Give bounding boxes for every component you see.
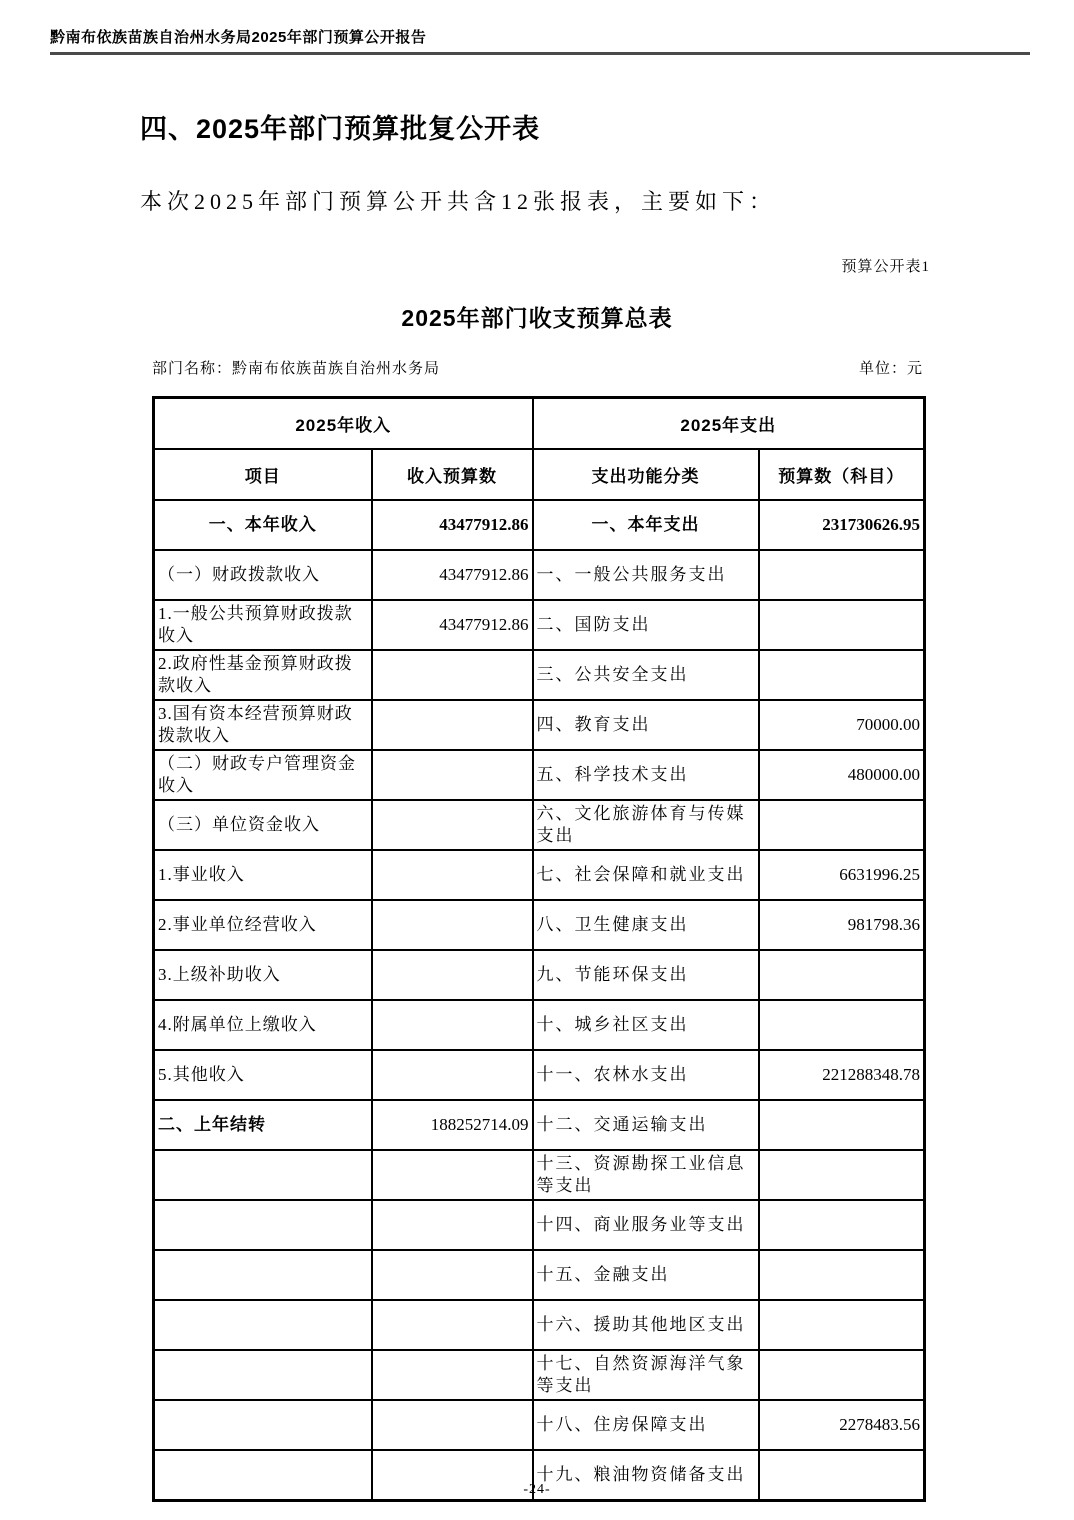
amount-cell [372,900,533,950]
table-row: 3.国有资本经营预算财政拨款收入四、教育支出70000.00 [154,700,925,750]
column-header-row: 项目 收入预算数 支出功能分类 预算数（科目） [154,449,925,500]
label-cell: （二）财政专户管理资金收入 [154,750,372,800]
label-cell: （三）单位资金收入 [154,800,372,850]
amount-cell [759,1350,925,1400]
table-tag-label: 预算公开表1 [0,255,930,276]
amount-cell: 70000.00 [759,700,925,750]
label-cell: 十四、商业服务业等支出 [533,1200,759,1250]
col-header-budget-subject: 预算数（科目） [759,449,925,500]
label-cell [154,1150,372,1200]
label-cell: （一）财政拨款收入 [154,550,372,600]
amount-cell [372,1150,533,1200]
amount-cell [759,1300,925,1350]
label-cell: 十二、交通运输支出 [533,1100,759,1150]
amount-cell [759,800,925,850]
amount-cell [759,1000,925,1050]
amount-cell [372,1400,533,1450]
label-cell: 3.上级补助收入 [154,950,372,1000]
amount-cell: 231730626.95 [759,500,925,550]
table-row: 十四、商业服务业等支出 [154,1200,925,1250]
label-cell: 二、上年结转 [154,1100,372,1150]
table-row: 十五、金融支出 [154,1250,925,1300]
amount-cell [759,650,925,700]
amount-cell: 221288348.78 [759,1050,925,1100]
label-cell: 1.事业收入 [154,850,372,900]
amount-cell: 43477912.86 [372,500,533,550]
label-cell [154,1400,372,1450]
amount-cell: 981798.36 [759,900,925,950]
amount-cell: 188252714.09 [372,1100,533,1150]
label-cell: 3.国有资本经营预算财政拨款收入 [154,700,372,750]
label-cell: 三、公共安全支出 [533,650,759,700]
amount-cell [759,1250,925,1300]
document-header-title: 黔南布依族苗族自治州水务局2025年部门预算公开报告 [50,29,426,46]
col-header-income-budget: 收入预算数 [372,449,533,500]
label-cell: 十七、自然资源海洋气象等支出 [533,1350,759,1400]
label-cell: 十八、住房保障支出 [533,1400,759,1450]
group-header-expenditure: 2025年支出 [533,398,925,450]
amount-cell: 43477912.86 [372,550,533,600]
label-cell: 十三、资源勘探工业信息等支出 [533,1150,759,1200]
department-name-label: 部门名称：黔南布依族苗族自治州水务局 [152,357,440,378]
label-cell: 十六、援助其他地区支出 [533,1300,759,1350]
table-row: 1.事业收入七、社会保障和就业支出6631996.25 [154,850,925,900]
amount-cell [372,1300,533,1350]
label-cell: 2.政府性基金预算财政拨款收入 [154,650,372,700]
table-row: 一、本年收入43477912.86一、本年支出231730626.95 [154,500,925,550]
budget-table-body: 一、本年收入43477912.86一、本年支出231730626.95（一）财政… [154,500,925,1501]
amount-cell [372,1350,533,1400]
label-cell: 十、城乡社区支出 [533,1000,759,1050]
table-row: （三）单位资金收入六、文化旅游体育与传媒支出 [154,800,925,850]
table-row: 十八、住房保障支出2278483.56 [154,1400,925,1450]
label-cell: 八、卫生健康支出 [533,900,759,950]
amount-cell [372,650,533,700]
label-cell: 九、节能环保支出 [533,950,759,1000]
label-cell: 六、文化旅游体育与传媒支出 [533,800,759,850]
section-heading: 四、2025年部门预算批复公开表 [140,113,974,145]
label-cell: 七、社会保障和就业支出 [533,850,759,900]
col-header-item: 项目 [154,449,372,500]
amount-cell [759,1150,925,1200]
label-cell [154,1350,372,1400]
table-row: 十六、援助其他地区支出 [154,1300,925,1350]
table-row: 十三、资源勘探工业信息等支出 [154,1150,925,1200]
label-cell [154,1300,372,1350]
amount-cell [372,750,533,800]
label-cell: 二、国防支出 [533,600,759,650]
amount-cell [759,950,925,1000]
label-cell: 十一、农林水支出 [533,1050,759,1100]
group-header-row: 2025年收入 2025年支出 [154,398,925,450]
amount-cell [759,550,925,600]
amount-cell [759,1100,925,1150]
label-cell: 2.事业单位经营收入 [154,900,372,950]
intro-paragraph: 本次2025年部门预算公开共含12张报表，主要如下： [140,187,974,217]
table-row: 2.政府性基金预算财政拨款收入三、公共安全支出 [154,650,925,700]
label-cell: 一、一般公共服务支出 [533,550,759,600]
amount-cell [759,600,925,650]
table-row: 十七、自然资源海洋气象等支出 [154,1350,925,1400]
table-row: 1.一般公共预算财政拨款收入43477912.86二、国防支出 [154,600,925,650]
table-row: 3.上级补助收入九、节能环保支出 [154,950,925,1000]
label-cell: 四、教育支出 [533,700,759,750]
amount-cell: 480000.00 [759,750,925,800]
label-cell: 1.一般公共预算财政拨款收入 [154,600,372,650]
amount-cell [372,850,533,900]
table-row: 2.事业单位经营收入八、卫生健康支出981798.36 [154,900,925,950]
amount-cell [372,950,533,1000]
document-header: 黔南布依族苗族自治州水务局2025年部门预算公开报告 [50,26,1030,55]
col-header-expenditure-class: 支出功能分类 [533,449,759,500]
label-cell: 5.其他收入 [154,1050,372,1100]
table-row: 二、上年结转188252714.09十二、交通运输支出 [154,1100,925,1150]
budget-table-meta: 部门名称：黔南布依族苗族自治州水务局 单位：元 [152,357,923,378]
page-number: -24- [0,1482,1074,1498]
amount-cell [372,1050,533,1100]
budget-table-head: 2025年收入 2025年支出 项目 收入预算数 支出功能分类 预算数（科目） [154,398,925,501]
amount-cell [372,1000,533,1050]
amount-cell: 6631996.25 [759,850,925,900]
amount-cell [372,800,533,850]
budget-table: 2025年收入 2025年支出 项目 收入预算数 支出功能分类 预算数（科目） … [152,396,926,1502]
table-row: 4.附属单位上缴收入十、城乡社区支出 [154,1000,925,1050]
table-row: （二）财政专户管理资金收入五、科学技术支出480000.00 [154,750,925,800]
amount-cell [372,1200,533,1250]
amount-cell: 43477912.86 [372,600,533,650]
label-cell: 一、本年收入 [154,500,372,550]
amount-cell [372,1250,533,1300]
unit-label: 单位：元 [859,357,923,378]
budget-table-title: 2025年部门收支预算总表 [0,300,1074,333]
label-cell [154,1250,372,1300]
label-cell [154,1200,372,1250]
label-cell: 十五、金融支出 [533,1250,759,1300]
table-row: 5.其他收入十一、农林水支出221288348.78 [154,1050,925,1100]
label-cell: 五、科学技术支出 [533,750,759,800]
label-cell: 一、本年支出 [533,500,759,550]
table-row: （一）财政拨款收入43477912.86一、一般公共服务支出 [154,550,925,600]
amount-cell [759,1200,925,1250]
amount-cell: 2278483.56 [759,1400,925,1450]
group-header-income: 2025年收入 [154,398,533,450]
amount-cell [372,700,533,750]
label-cell: 4.附属单位上缴收入 [154,1000,372,1050]
